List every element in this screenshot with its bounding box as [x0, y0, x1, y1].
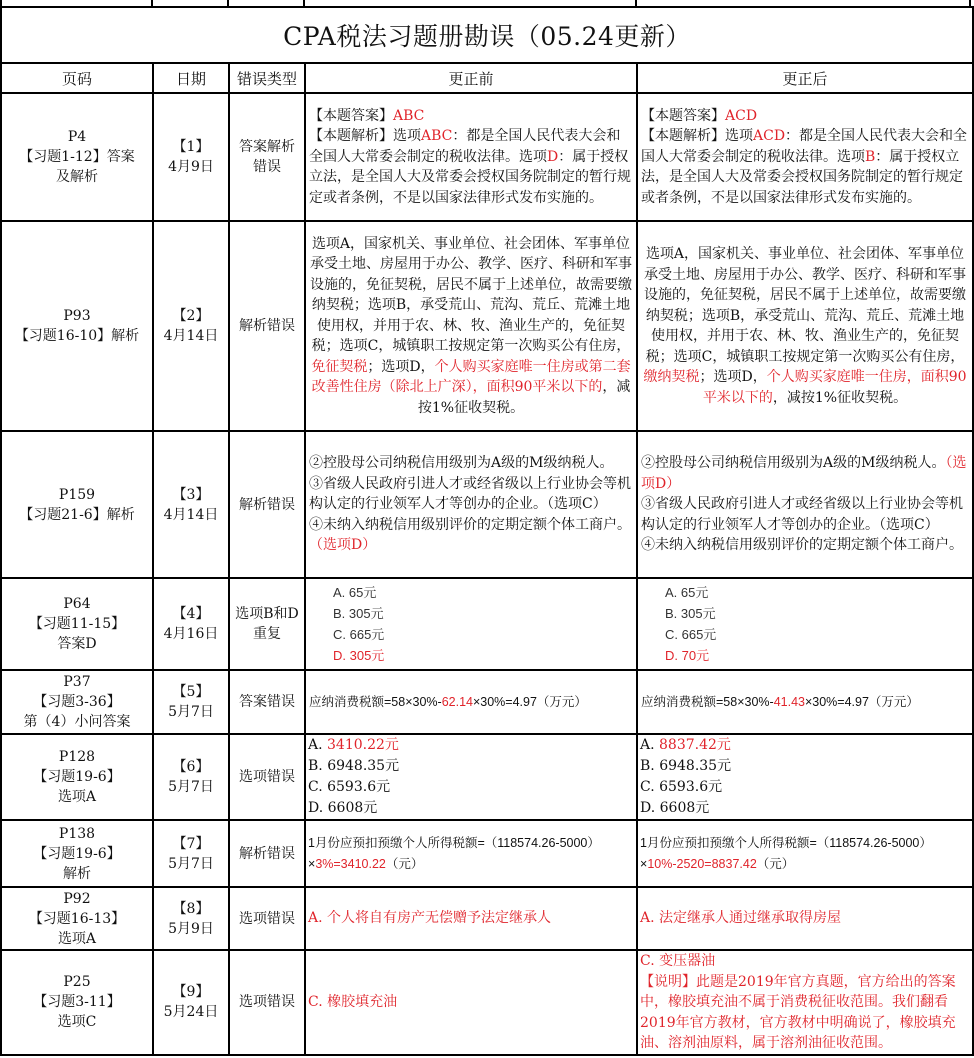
- text: ×30%=4.97（万元）: [473, 695, 587, 709]
- date-cell: 【7】 5月7日: [153, 820, 229, 887]
- text: （元）: [386, 857, 424, 871]
- date-cell: 【6】 5月7日: [153, 734, 229, 820]
- before-cell: A. 3410.22元 B. 6948.35元 C. 6593.6元 D. 66…: [305, 734, 637, 820]
- entry-date: 4月14日: [157, 326, 225, 346]
- text: 。: [931, 455, 945, 471]
- entry-date: 4月9日: [157, 157, 225, 177]
- table-row: P4 【习题1-12】答案 及解析 【1】 4月9日 答案解析错误 【本题答案】…: [1, 93, 973, 221]
- error-type-cell: 选项错误: [229, 887, 305, 950]
- table-row: P25 【习题3-11】 选项C 【9】 5月24日 选项错误 C. 橡胶填充油…: [1, 950, 973, 1055]
- text: ；选项D，: [367, 359, 434, 375]
- table-row: P128 【习题19-6】 选项A 【6】 5月7日 选项错误 A. 3410.…: [1, 734, 973, 820]
- text: ②控股母公司纳税信用级别为A级的M级纳税人: [309, 455, 599, 471]
- entry-number: 【7】: [157, 834, 225, 854]
- table-row: P138 【习题19-6】 解析 【7】 5月7日 解析错误 1月份应预扣预缴个…: [1, 820, 973, 887]
- page-title: CPA税法习题册勘误（05.24更新）: [1, 7, 973, 63]
- table-row: P159 【习题21-6】解析 【3】 4月14日 解析错误 ②控股母公司纳税信…: [1, 431, 973, 578]
- error-type-cell: 选项B和D重复: [229, 578, 305, 670]
- entry-number: 【4】: [157, 604, 225, 624]
- page-number: P159: [5, 485, 149, 505]
- before-cell: A. 个人将自有房产无偿赠予法定继承人: [305, 887, 637, 950]
- highlight: 10%-2520=8837.42: [647, 857, 756, 871]
- page-cell: P159 【习题21-6】解析: [1, 431, 153, 578]
- before-cell: 选项A，国家机关、事业单位、社会团体、军事单位承受土地、房屋用于办公、教学、医疗…: [305, 221, 637, 431]
- page-cell: P37 【习题3-36】 第（4）小问答案: [1, 670, 153, 734]
- note: 【说明】此题是2019年官方真题，官方给出的答案中，橡胶填充油不属于消费税征收范…: [640, 974, 956, 1052]
- before-cell: ②控股母公司纳税信用级别为A级的M级纳税人。 ③省级人民政府引进人才或经省级以上…: [305, 431, 637, 578]
- text: 【本题解析】选项: [641, 128, 753, 144]
- page-cell: P138 【习题19-6】 解析: [1, 820, 153, 887]
- date-cell: 【2】 4月14日: [153, 221, 229, 431]
- after-cell: ②控股母公司纳税信用级别为A级的M级纳税人。（选项D） ③省级人民政府引进人才或…: [637, 431, 973, 578]
- option-a: A. 65元: [309, 582, 633, 603]
- table-row: P92 【习题16-13】 选项A 【8】 5月9日 选项错误 A. 个人将自有…: [1, 887, 973, 950]
- error-type-cell: 选项错误: [229, 734, 305, 820]
- option-a-value: 3410.22元: [327, 737, 399, 753]
- exercise-part: 选项A: [5, 787, 149, 807]
- text: （元）: [757, 857, 795, 871]
- entry-number: 【2】: [157, 306, 225, 326]
- highlight: 缴纳契税: [643, 369, 699, 385]
- entry-date: 5月24日: [157, 1002, 225, 1022]
- option-c: C. 665元: [641, 624, 969, 645]
- page-number: P138: [5, 824, 149, 844]
- entry-date: 5月7日: [157, 777, 225, 797]
- entry-number: 【5】: [157, 682, 225, 702]
- option-b: B. 6948.35元: [308, 756, 633, 777]
- column-header-after: 更正后: [637, 63, 973, 93]
- page-cell: P93 【习题16-10】解析: [1, 221, 153, 431]
- date-cell: 【8】 5月9日: [153, 887, 229, 950]
- column-header-before: 更正前: [305, 63, 637, 93]
- option-b: B. 305元: [641, 603, 969, 624]
- highlight: 62.14: [442, 695, 473, 709]
- exercise-ref: 【习题16-13】: [5, 909, 149, 929]
- table-row: P64 【习题11-15】 答案D 【4】 4月16日 选项B和D重复 A. 6…: [1, 578, 973, 670]
- before-cell: A. 65元 B. 305元 C. 665元 D. 305元: [305, 578, 637, 670]
- text: ④未纳入纳税信用级别评价的定期定额个体工商户。: [641, 537, 963, 553]
- text: ③省级人民政府引进人才或经省级以上行业协会等机构认定的行业领军人才等创办的企业。…: [641, 494, 969, 535]
- label: 【本题答案】: [309, 108, 393, 124]
- text: ②控股母公司纳税信用级别为A级的M级纳税人: [641, 455, 931, 471]
- exercise-part: 第（4）小问答案: [5, 712, 149, 732]
- page-number: P128: [5, 747, 149, 767]
- entry-number: 【8】: [157, 899, 225, 919]
- text: 。: [599, 455, 613, 471]
- highlight: B: [865, 149, 875, 165]
- page-number: P92: [5, 889, 149, 909]
- column-header-error-type: 错误类型: [229, 63, 305, 93]
- column-header-page: 页码: [1, 63, 153, 93]
- after-cell: 1月份应预扣预缴个人所得税额=（118574.26-5000）×10%-2520…: [637, 820, 973, 887]
- page-cell: P4 【习题1-12】答案 及解析: [1, 93, 153, 221]
- highlight: ABC: [393, 108, 424, 124]
- text: ③省级人民政府引进人才或经省级以上行业协会等机构认定的行业领军人才等创办的企业。…: [309, 474, 633, 515]
- table-row: P93 【习题16-10】解析 【2】 4月14日 解析错误 选项A，国家机关、…: [1, 221, 973, 431]
- page-number: P37: [5, 672, 149, 692]
- text: ④未纳入纳税信用级别评价的定期定额个体工商户。: [309, 517, 631, 533]
- text: 选项A，国家机关、事业单位、社会团体、军事单位承受土地、房屋用于办公、教学、医疗…: [644, 246, 966, 365]
- page-cell: P92 【习题16-13】 选项A: [1, 887, 153, 950]
- exercise-ref: 【习题19-6】: [5, 844, 149, 864]
- exercise-part: 解析: [5, 864, 149, 884]
- option-a-value: 8837.42元: [659, 737, 731, 753]
- highlight: 免征契税: [311, 359, 367, 375]
- after-cell: C. 变压器油 【说明】此题是2019年官方真题，官方给出的答案中，橡胶填充油不…: [637, 950, 973, 1055]
- error-type-cell: 解析错误: [229, 431, 305, 578]
- after-cell: A. 8837.42元 B. 6948.35元 C. 6593.6元 D. 66…: [637, 734, 973, 820]
- date-cell: 【5】 5月7日: [153, 670, 229, 734]
- exercise-ref: 【习题16-10】解析: [5, 326, 149, 346]
- option-c: C. 6593.6元: [640, 777, 969, 798]
- highlight: 41.43: [774, 695, 805, 709]
- before-cell: C. 橡胶填充油: [305, 950, 637, 1055]
- page-cell: P64 【习题11-15】 答案D: [1, 578, 153, 670]
- header-row: 页码 日期 错误类型 更正前 更正后: [1, 63, 973, 93]
- after-cell: 【本题答案】ACD 【本题解析】选项ACD：都是全国人民代表大会和全国人大常委会…: [637, 93, 973, 221]
- entry-number: 【1】: [157, 137, 225, 157]
- entry-number: 【9】: [157, 982, 225, 1002]
- option-d: D. 6608元: [640, 798, 969, 819]
- text: 选项A，国家机关、事业单位、社会团体、军事单位承受土地、房屋用于办公、教学、医疗…: [310, 236, 632, 355]
- text: 应纳消费税额=58×30%-: [309, 695, 442, 709]
- label: 【本题答案】: [641, 108, 725, 124]
- before-cell: 1月份应预扣预缴个人所得税额=（118574.26-5000）×3%=3410.…: [305, 820, 637, 887]
- option-a: A. 65元: [641, 582, 969, 603]
- highlight: ABC: [421, 128, 452, 144]
- after-cell: A. 65元 B. 305元 C. 665元 D. 70元: [637, 578, 973, 670]
- entry-date: 4月14日: [157, 505, 225, 525]
- highlight: ACD: [725, 108, 757, 124]
- highlight: 3%=3410.22: [315, 857, 386, 871]
- page-number: P25: [5, 972, 149, 992]
- text: 应纳消费税额=58×30%-: [641, 695, 774, 709]
- after-cell: 选项A，国家机关、事业单位、社会团体、军事单位承受土地、房屋用于办公、教学、医疗…: [637, 221, 973, 431]
- date-cell: 【9】 5月24日: [153, 950, 229, 1055]
- option-b: B. 6948.35元: [640, 756, 969, 777]
- date-cell: 【3】 4月14日: [153, 431, 229, 578]
- highlight: D: [547, 149, 558, 165]
- after-cell: 应纳消费税额=58×30%-41.43×30%=4.97（万元）: [637, 670, 973, 734]
- entry-number: 【3】: [157, 485, 225, 505]
- exercise-ref: 【习题11-15】: [5, 614, 149, 634]
- text: 【本题解析】选项: [309, 128, 421, 144]
- option-a-label: A.: [640, 737, 659, 753]
- option-a-label: A.: [308, 737, 327, 753]
- exercise-ref: 【习题19-6】: [5, 767, 149, 787]
- exercise-part: 选项C: [5, 1012, 149, 1032]
- error-type-cell: 解析错误: [229, 221, 305, 431]
- date-cell: 【1】 4月9日: [153, 93, 229, 221]
- highlight: （选项D）: [309, 537, 376, 553]
- error-type-cell: 答案错误: [229, 670, 305, 734]
- option-b: B. 305元: [309, 603, 633, 624]
- option-d: D. 305元: [309, 645, 633, 666]
- text: C. 变压器油: [640, 951, 969, 972]
- before-cell: 【本题答案】ABC 【本题解析】选项ABC：都是全国人民代表大会和全国人大常委会…: [305, 93, 637, 221]
- entry-date: 4月16日: [157, 624, 225, 644]
- exercise-part: 选项A: [5, 929, 149, 949]
- highlight: ACD: [753, 128, 785, 144]
- table-row: P37 【习题3-36】 第（4）小问答案 【5】 5月7日 答案错误 应纳消费…: [1, 670, 973, 734]
- page-cell: P25 【习题3-11】 选项C: [1, 950, 153, 1055]
- after-cell: A. 法定继承人通过继承取得房屋: [637, 887, 973, 950]
- option-c: C. 6593.6元: [308, 777, 633, 798]
- page-number: P4: [5, 127, 149, 147]
- error-type-cell: 答案解析错误: [229, 93, 305, 221]
- exercise-part: 答案D: [5, 634, 149, 654]
- option-c: C. 665元: [309, 624, 633, 645]
- text: ，减按1%征收契税。: [773, 390, 907, 406]
- page-cell: P128 【习题19-6】 选项A: [1, 734, 153, 820]
- page-number: P64: [5, 594, 149, 614]
- entry-date: 5月9日: [157, 919, 225, 939]
- exercise-ref: 【习题21-6】解析: [5, 505, 149, 525]
- exercise-ref: 【习题1-12】答案: [5, 147, 149, 167]
- exercise-ref: 【习题3-11】: [5, 992, 149, 1012]
- exercise-part: 及解析: [5, 167, 149, 187]
- entry-number: 【6】: [157, 757, 225, 777]
- text: ×30%=4.97（万元）: [805, 695, 919, 709]
- exercise-ref: 【习题3-36】: [5, 692, 149, 712]
- page-number: P93: [5, 306, 149, 326]
- option-d: D. 6608元: [308, 798, 633, 819]
- error-type-cell: 解析错误: [229, 820, 305, 887]
- before-cell: 应纳消费税额=58×30%-62.14×30%=4.97（万元）: [305, 670, 637, 734]
- date-cell: 【4】 4月16日: [153, 578, 229, 670]
- entry-date: 5月7日: [157, 702, 225, 722]
- option-d: D. 70元: [641, 645, 969, 666]
- column-header-date: 日期: [153, 63, 229, 93]
- errata-table: CPA税法习题册勘误（05.24更新） 页码 日期 错误类型 更正前 更正后 P…: [0, 6, 974, 1056]
- entry-date: 5月7日: [157, 854, 225, 874]
- text: ；选项D，: [699, 369, 766, 385]
- error-type-cell: 选项错误: [229, 950, 305, 1055]
